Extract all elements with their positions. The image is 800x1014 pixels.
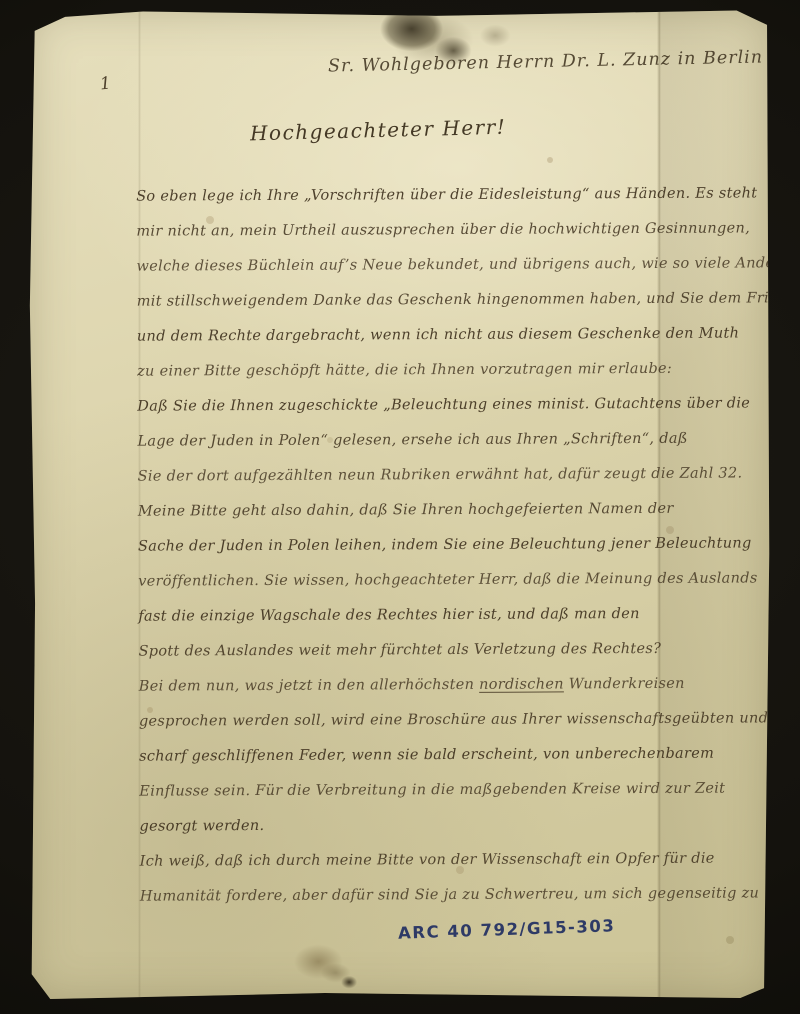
handwriting-line: zu einer Bitte geschöpft hätte, die ich …: [137, 351, 765, 389]
handwriting-line: Ich weiß, daß ich durch meine Bitte von …: [140, 841, 768, 879]
salutation: Hochgeachteter Herr!: [250, 115, 507, 146]
handwriting-line: So eben lege ich Ihre „Vorschriften über…: [136, 176, 764, 214]
underlined-word: nordischen: [479, 676, 564, 692]
foxing-spots: [28, 8, 32, 12]
handwriting-line: gesorgt werden.: [139, 806, 767, 844]
handwriting-line: Meine Bitte geht also dahin, daß Sie Ihr…: [138, 491, 766, 529]
archive-reference: ARC 40 792/G15-303: [398, 916, 616, 943]
handwriting-line: scharf geschliffenen Feder, wenn sie bal…: [139, 736, 767, 774]
handwriting-line-underlined: Bei dem nun, was jetzt in den allerhöchs…: [139, 666, 767, 704]
line-post-text: Wunderkreisen: [564, 676, 685, 693]
letter-page: 1 Sr. Wohlgeboren Herrn Dr. L. Zunz in B…: [28, 8, 770, 1000]
handwriting-line: Daß Sie die Ihnen zugeschickte „Beleucht…: [137, 386, 765, 424]
scanned-letter-screenshot: 1 Sr. Wohlgeboren Herrn Dr. L. Zunz in B…: [0, 0, 800, 1014]
letter-body: So eben lege ich Ihre „Vorschriften über…: [136, 176, 768, 914]
page-number: 1: [99, 73, 112, 94]
line-pre-text: Bei dem nun, was jetzt in den allerhöchs…: [139, 677, 479, 695]
handwriting-line: mir nicht an, mein Urtheil auszusprechen…: [136, 211, 764, 249]
handwriting-line: Sie der dort aufgezählten neun Rubriken …: [138, 456, 766, 494]
handwriting-line: Einflusse sein. Für die Verbreitung in d…: [139, 771, 767, 809]
handwriting-line: Spott des Auslandes weit mehr fürchtet a…: [138, 631, 766, 669]
handwriting-line: fast die einzige Wagschale des Rechtes h…: [138, 596, 766, 634]
ink-stain-bottom: [280, 932, 376, 998]
handwriting-line: gesprochen werden soll, wird eine Brosch…: [139, 701, 767, 739]
handwriting-line: Sache der Juden in Polen leihen, indem S…: [138, 526, 766, 564]
handwriting-line: veröffentlichen. Sie wissen, hochgeachte…: [138, 561, 766, 599]
handwriting-line: mit stillschweigendem Danke das Geschenk…: [137, 281, 765, 319]
handwriting-line: und dem Rechte dargebracht, wenn ich nic…: [137, 316, 765, 354]
handwriting-line: welche dieses Büchlein auf’s Neue bekund…: [136, 246, 764, 284]
handwriting-line: Humanität fordere, aber dafür sind Sie j…: [140, 876, 768, 914]
handwriting-line: Lage der Juden in Polen“ gelesen, ersehe…: [137, 421, 765, 459]
